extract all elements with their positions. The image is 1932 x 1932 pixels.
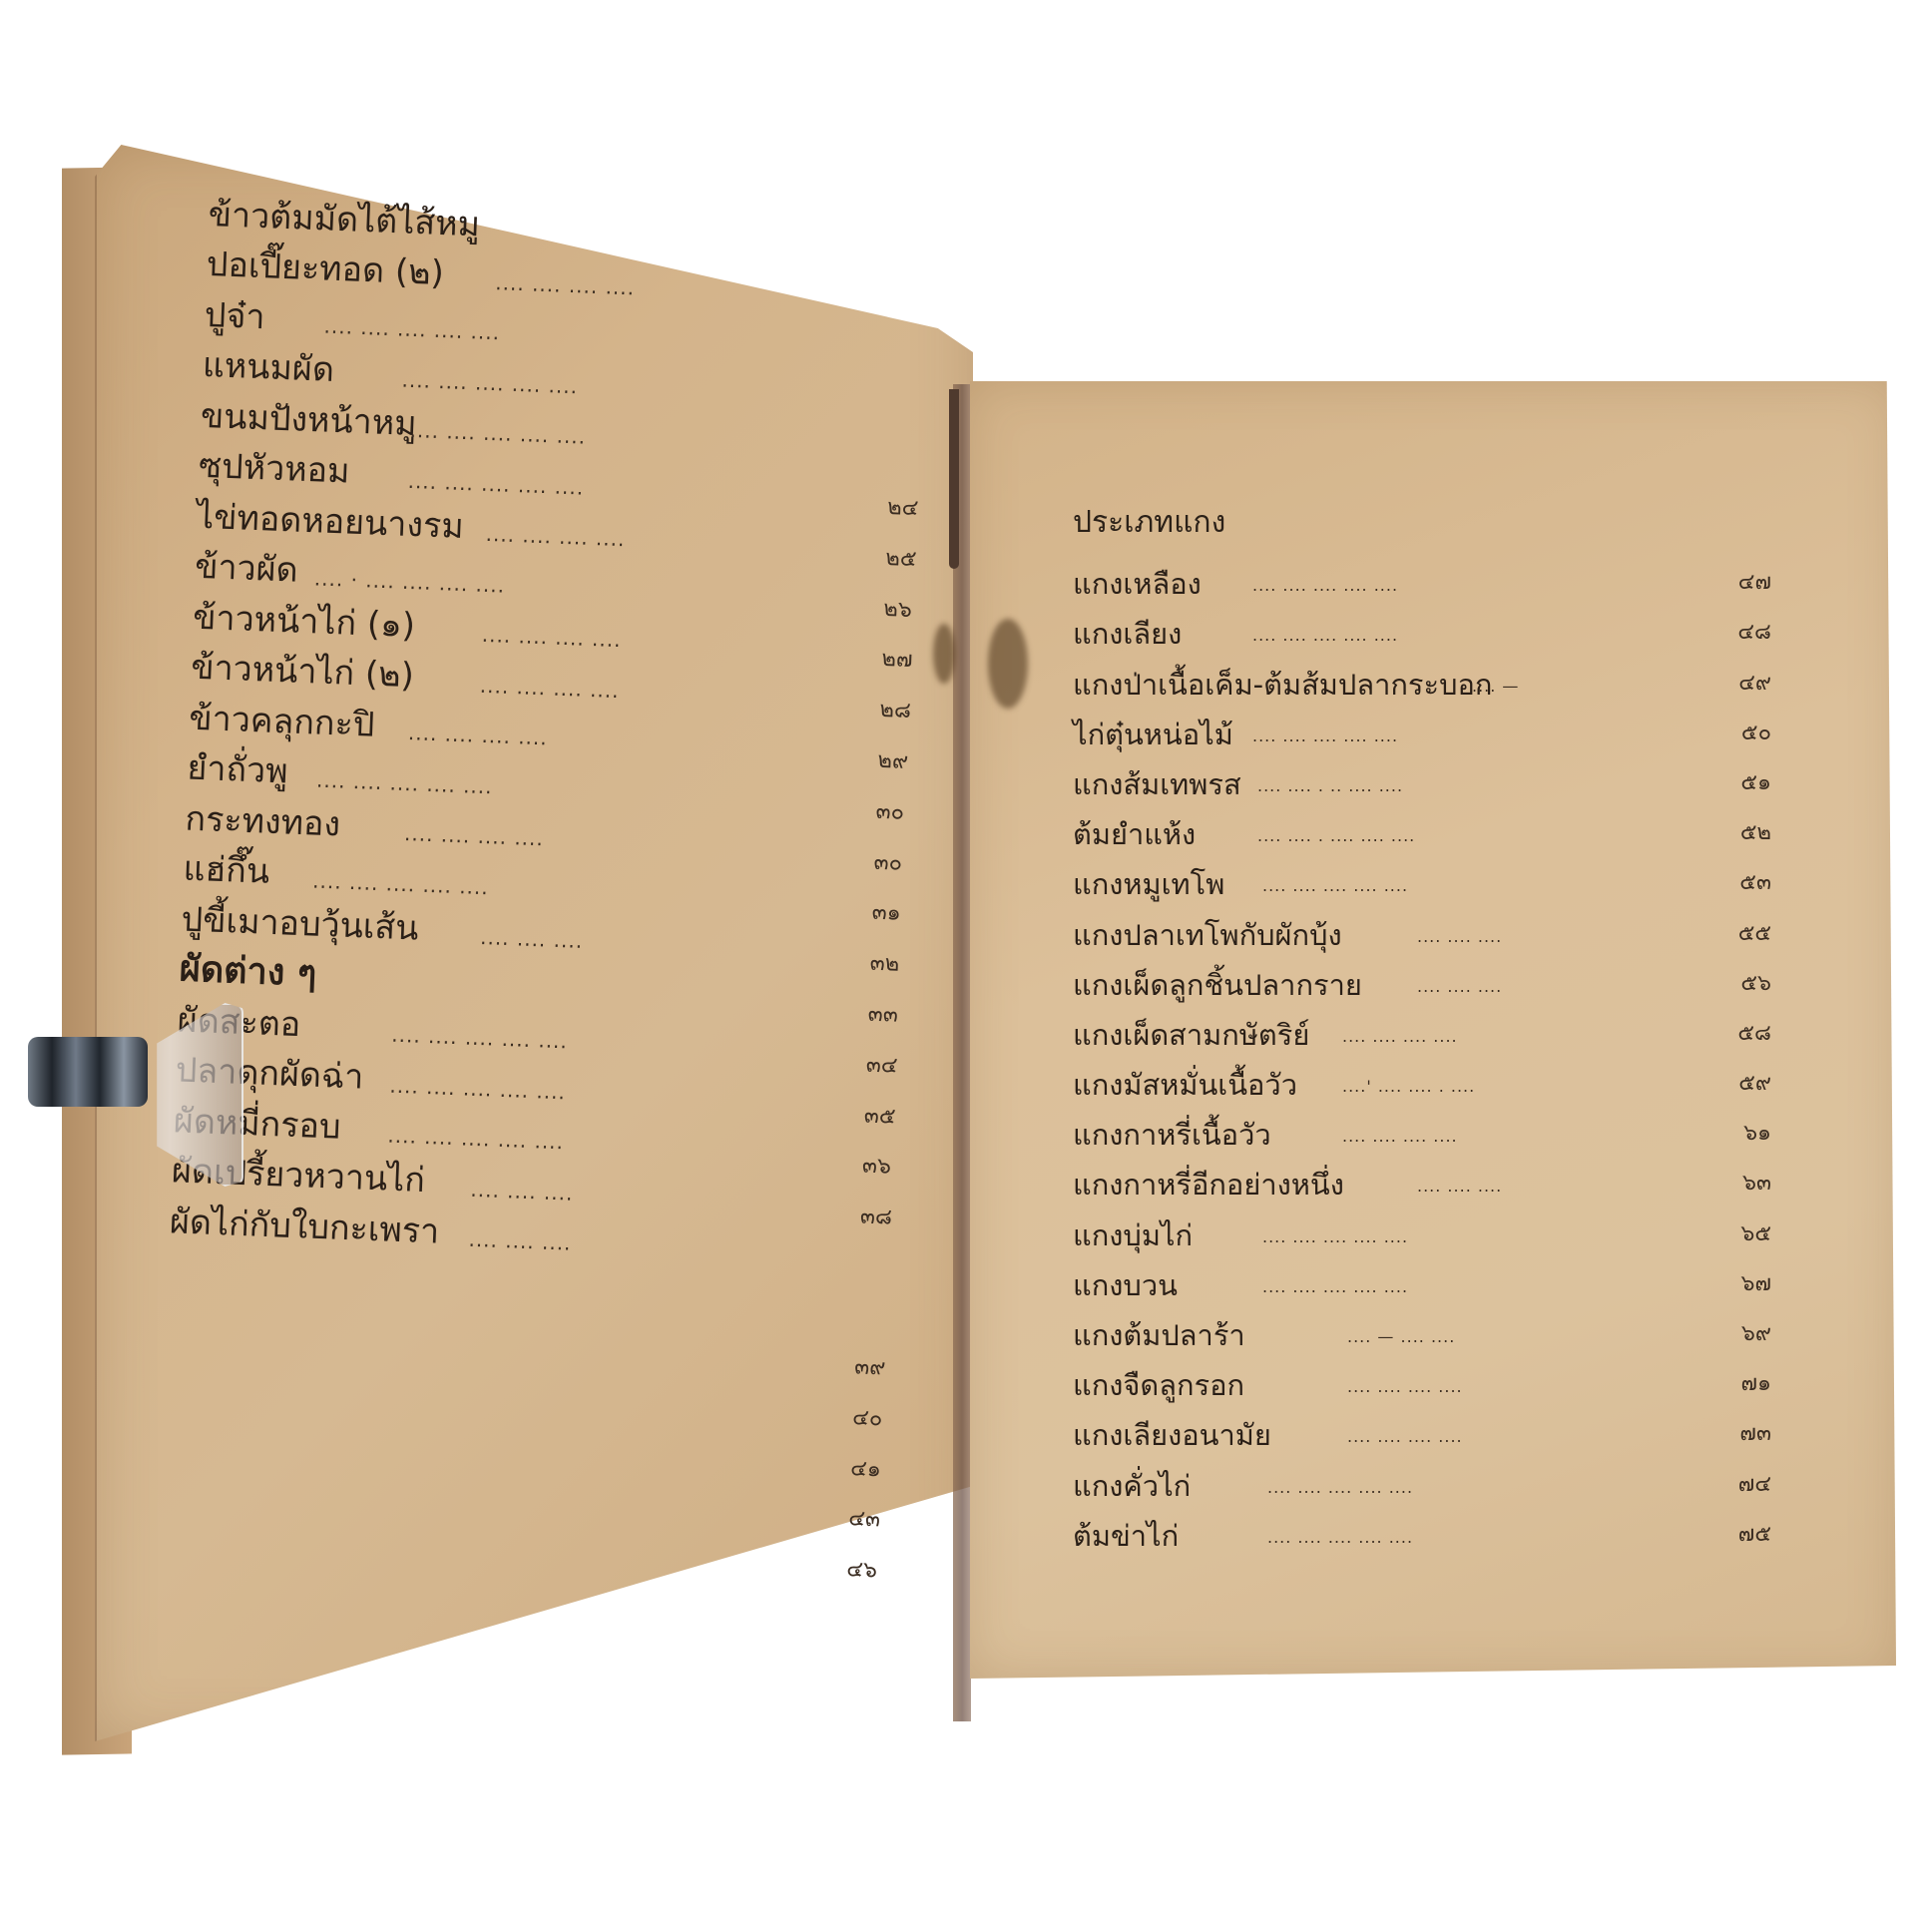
toc-entry-title: แกงส้มเทพรส <box>1073 767 1241 801</box>
toc-entry: แกงจืดลูกรอก.... .... .... ....๗๑ <box>1073 1360 1771 1410</box>
page-number: ๒๕ <box>884 540 956 593</box>
page-number: ๖๙ <box>1741 1315 1771 1350</box>
page-number: ๔๑ <box>849 1450 921 1503</box>
leader-dots: .... .... .... <box>1417 927 1502 946</box>
leader-dots: .... .... .... .... .... <box>316 767 493 798</box>
leader-dots: .... .... .... .... <box>1347 1427 1463 1446</box>
section-title: ประเภทแกง <box>1073 499 1771 549</box>
leader-dots: .... .... .... .... <box>479 673 620 702</box>
leader-dots: .... .... .... .... .... <box>401 367 578 398</box>
toc-entry-title: แกงป่าเนื้อเค็ม-ต้มส้มปลากระบอก <box>1073 668 1492 702</box>
page-number: ๕๒ <box>1740 814 1771 849</box>
toc-entry: แกงหมูเทโพ.... .... .... .... ....๕๓ <box>1073 859 1771 909</box>
toc-entry-title: แหนมผัด <box>202 344 334 391</box>
leader-dots: .... .... .... .... .... <box>391 1023 568 1054</box>
page-number: ๗๓ <box>1739 1415 1771 1450</box>
page-number: ๖๕ <box>1740 1215 1771 1250</box>
page-number: ๒๔ <box>886 489 958 542</box>
toc-entry-title: แกงจืดลูกรอก <box>1073 1368 1244 1402</box>
leader-dots: .... .... .... .... <box>495 270 636 299</box>
leader-dots: .... .... . .. .... .... <box>1257 776 1403 795</box>
toc-entry-title: ต้มยำแห้ง <box>1073 817 1196 851</box>
page-number: ๓๓ <box>867 996 939 1049</box>
leader-dots: .... .... .... .... .... <box>323 314 500 345</box>
page-number: ๓๐ <box>872 843 944 896</box>
toc-entry-title: ข้าวผัด <box>194 546 298 592</box>
spacer <box>855 1248 929 1351</box>
page-number: ๒๙ <box>876 742 948 795</box>
page-number: ๗๔ <box>1738 1466 1771 1501</box>
leader-dots: .... .... .... .... <box>1347 1377 1463 1396</box>
toc-entry-title: แกงคั่วไก่ <box>1073 1469 1191 1503</box>
page-number: ๕๑ <box>1740 764 1771 799</box>
toc-entry-title: แกงเลียง <box>1073 617 1182 651</box>
page-edge-line <box>95 145 97 1741</box>
page-number: ๕๖ <box>1740 965 1771 1000</box>
page-number: ๓๖ <box>861 1148 933 1201</box>
page-number: ๕๙ <box>1738 1065 1771 1100</box>
toc-entry-title: แกงบวน <box>1073 1268 1178 1302</box>
toc-entry: แกงบุ่มไก่.... .... .... .... ....๖๕ <box>1073 1209 1771 1259</box>
spine-shadow <box>949 389 959 569</box>
page-number: ๓๒ <box>869 945 941 998</box>
leader-dots: .... .... .... <box>1417 1177 1502 1196</box>
leader-dots: .... .... .... .... .... <box>312 868 489 899</box>
leader-dots: .... .... .... .... <box>481 623 622 652</box>
toc-entry: แกงคั่วไก่.... .... .... .... ....๗๔ <box>1073 1460 1771 1510</box>
leader-dots: .... .... .... .... .... <box>1267 1478 1413 1497</box>
toc-entry: แกงปลาเทโพกับผักบุ้ง.... .... ....๕๕ <box>1073 909 1771 959</box>
toc-entry: แกงบวน.... .... .... .... ....๖๗ <box>1073 1260 1771 1310</box>
leader-dots: .... .... .... .... .... <box>409 418 586 449</box>
toc-entry-title: แกงกาหรี่อีกอย่างหนึ่ง <box>1073 1168 1344 1202</box>
leader-dots: .... .... .... .... <box>408 721 549 749</box>
page-number: ๔๖ <box>845 1551 917 1604</box>
leader-dots: .... .... .... <box>1417 977 1502 996</box>
leader-dots: .... .... .... .... .... <box>1252 726 1398 745</box>
page-number: ๓๘ <box>859 1199 931 1251</box>
toc-entry-title: ยำถั่วพู <box>187 747 289 793</box>
page-number: ๗๑ <box>1740 1365 1771 1400</box>
book-photo: ข้าวต้มมัดไต้ไส้หมู ปอเปี๊ยะทอด (๒).... … <box>0 0 1932 1932</box>
toc-entry: แกงเลียง.... .... .... .... ....๔๘ <box>1073 609 1771 659</box>
toc-entry: แกงต้มปลาร้า.... — .... ....๖๙ <box>1073 1310 1771 1360</box>
paper-stain <box>933 624 955 684</box>
leader-dots: .... .... .... .... .... <box>387 1124 564 1155</box>
toc-entry-title: ต้มข่าไก่ <box>1073 1519 1179 1553</box>
binder-clip <box>20 973 230 1173</box>
left-page-toc: ข้าวต้มมัดไต้ไส้หมู ปอเปี๊ยะทอด (๒).... … <box>169 185 887 1268</box>
leader-dots: .... — .... .... <box>1347 1327 1455 1346</box>
page-number: ๗๕ <box>1738 1516 1771 1551</box>
leader-dots: .... .... .... .... .... <box>407 468 584 499</box>
toc-entry-title: แกงเหลือง <box>1073 567 1202 601</box>
toc-entry-title: แกงต้มปลาร้า <box>1073 1318 1245 1352</box>
toc-entry-title: แฮ่กึ๊น <box>183 848 270 893</box>
page-number: ๕๕ <box>1738 915 1771 950</box>
leader-dots: .... .... .... <box>468 1227 572 1255</box>
leader-dots: .... .... .... .... .... <box>1267 1528 1413 1547</box>
right-page-toc: ประเภทแกง แกงเหลือง.... .... .... .... .… <box>1073 499 1771 1561</box>
page-number: ๒๘ <box>878 692 950 744</box>
toc-entry: แกงป่าเนื้อเค็ม-ต้มส้มปลากระบอก.... —๔๙ <box>1073 659 1771 709</box>
page-number: ๔๐ <box>851 1399 923 1452</box>
toc-entry: แกงกาหรี่อีกอย่างหนึ่ง.... .... ....๖๓ <box>1073 1160 1771 1209</box>
toc-entry-title: ข้าวคลุกกะปิ <box>189 697 376 745</box>
page-number: ๓๑ <box>870 894 942 947</box>
page-number: ๔๘ <box>1737 614 1771 649</box>
page-number: ๖๑ <box>1743 1115 1771 1150</box>
toc-entry: ต้มยำแห้ง.... .... . .... .... ....๕๒ <box>1073 809 1771 859</box>
leader-dots: .... — <box>1472 677 1519 696</box>
page-number: ๔๙ <box>1738 665 1771 700</box>
toc-entry-title: แกงกาหรี่เนื้อวัว <box>1073 1118 1271 1152</box>
toc-entry: แกงมัสหมั่นเนื้อวัว....' .... .... . ...… <box>1073 1060 1771 1110</box>
toc-entry-title: แกงปลาเทโพกับผักบุ้ง <box>1073 918 1342 952</box>
page-number: ๔๓ <box>847 1501 919 1554</box>
page-number: ๕๐ <box>1741 715 1771 749</box>
leader-dots: .... .... .... <box>470 1177 574 1205</box>
page-number: ๓๙ <box>853 1348 925 1401</box>
toc-entry: แกงเลียงอนามัย.... .... .... ....๗๓ <box>1073 1410 1771 1460</box>
clip-hinge <box>28 1037 148 1107</box>
toc-entry: แกงเผ็ดลูกชิ้นปลากราย.... .... ....๕๖ <box>1073 960 1771 1010</box>
toc-entry-title: กระทงทอง <box>185 797 341 845</box>
page-number: ๕๘ <box>1737 1015 1771 1050</box>
toc-entry-title: แกงเผ็ดลูกชิ้นปลากราย <box>1073 968 1362 1002</box>
toc-entry-title: ซุปหัวหอม <box>198 445 350 493</box>
leader-dots: .... .... .... .... .... <box>1262 1227 1408 1246</box>
book-spine <box>953 384 971 1721</box>
leader-dots: .... .... .... .... <box>485 522 626 551</box>
toc-entry-title: แกงหมูเทโพ <box>1073 867 1224 901</box>
toc-entry: ไก่ตุ๋นหน่อไม้.... .... .... .... ....๕๐ <box>1073 710 1771 759</box>
leader-dots: ....' .... .... . .... <box>1342 1077 1475 1096</box>
toc-entry: แกงเหลือง.... .... .... .... ....๔๗ <box>1073 559 1771 609</box>
page-number: ๓๔ <box>865 1046 937 1099</box>
leader-dots: .... .... .... .... .... <box>1262 876 1408 895</box>
leader-dots: .... .... .... .... .... <box>389 1073 566 1104</box>
toc-entry: แกงกาหรี่เนื้อวัว.... .... .... ....๖๑ <box>1073 1110 1771 1160</box>
toc-entry: แกงเผ็ดสามกษัตริย์.... .... .... ....๕๘ <box>1073 1010 1771 1060</box>
leader-dots: .... .... .... .... .... <box>1252 576 1398 595</box>
toc-entry: ต้มข่าไก่.... .... .... .... ....๗๕ <box>1073 1511 1771 1561</box>
leader-dots: .... .... .... .... .... <box>1262 1277 1408 1296</box>
leader-dots: .... .... .... .... <box>404 821 545 850</box>
page-number: ๓๕ <box>863 1097 935 1150</box>
page-number: ๓๐ <box>874 793 946 846</box>
toc-entry: แกงส้มเทพรส.... .... . .. .... ....๕๑ <box>1073 759 1771 809</box>
toc-entry-title: ไก่ตุ๋นหน่อไม้ <box>1073 718 1233 751</box>
leader-dots: .... .... .... <box>480 925 584 953</box>
page-number: ๖๗ <box>1740 1265 1771 1300</box>
page-number: ๔๗ <box>1738 564 1771 599</box>
leader-dots: .... .... .... .... <box>1342 1127 1458 1146</box>
toc-entry-title: ปูจ๋า <box>204 293 265 337</box>
toc-entry-title: แกงเลียงอนามัย <box>1073 1418 1271 1452</box>
toc-entry-title: แกงบุ่มไก่ <box>1073 1218 1193 1252</box>
page-number: ๕๓ <box>1739 864 1771 899</box>
page-number: ๖๓ <box>1742 1165 1771 1200</box>
toc-entry-title: แกงเผ็ดสามกษัตริย์ <box>1073 1018 1309 1052</box>
toc-entry-title: แกงมัสหมั่นเนื้อวัว <box>1073 1068 1297 1102</box>
leader-dots: .... .... . .... .... .... <box>1257 826 1415 845</box>
leader-dots: .... .... .... .... .... <box>1252 626 1398 645</box>
leader-dots: .... .... .... .... <box>1342 1027 1458 1046</box>
paper-stain <box>988 619 1028 709</box>
